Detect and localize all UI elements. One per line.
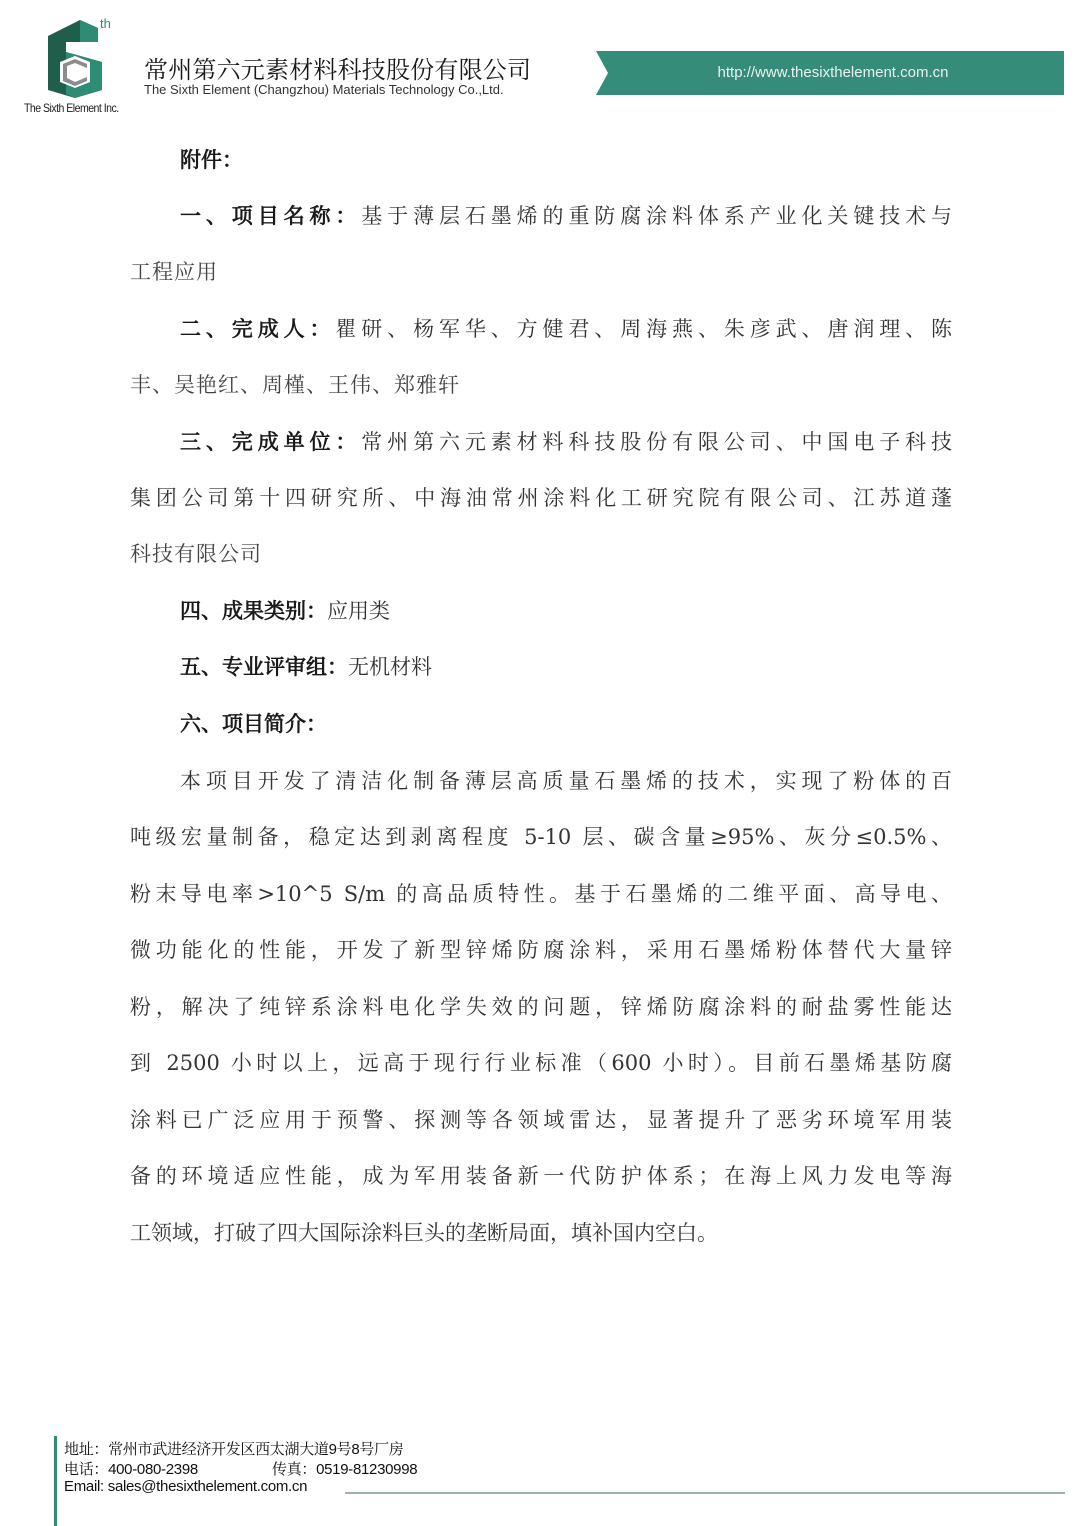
- section-review-group: 五、专业评审组：无机材料: [180, 651, 432, 683]
- company-name-cn: 常州第六元素材料科技股份有限公司: [144, 50, 531, 85]
- section-contributors: 二、完成人：瞿研、杨军华、方健君、周海燕、朱彦武、唐润理、陈: [180, 313, 952, 345]
- section-value-continued: 工程应用: [130, 256, 218, 288]
- website-banner: http://www.thesixthelement.com.cn: [596, 51, 1064, 95]
- section-value: 常州第六元素材料科技股份有限公司、中国电子科技: [361, 430, 952, 454]
- footer-divider: [345, 1492, 1065, 1494]
- letterhead-header: th The Sixth Element Inc. 常州第六元素材料科技股份有限…: [0, 0, 1080, 130]
- summary-line: 微功能化的性能，开发了新型锌烯防腐涂料，采用石墨烯粉体替代大量锌: [130, 934, 952, 966]
- section-label: 三、完成单位：: [180, 430, 361, 454]
- section-project-name: 一、项目名称：基于薄层石墨烯的重防腐涂料体系产业化关键技术与: [180, 200, 952, 232]
- summary-line: 粉末导电率>10^5 S/m 的高品质特性。基于石墨烯的二维平面、高导电、: [130, 878, 952, 910]
- footer-email[interactable]: Email: sales@thesixthelement.com.cn: [64, 1478, 307, 1495]
- section-category: 四、成果类别：应用类: [180, 595, 390, 627]
- summary-line: 涂料已广泛应用于预警、探测等各领域雷达，显著提升了恶劣环境军用装: [130, 1104, 952, 1136]
- logo-superscript: th: [100, 16, 111, 31]
- logo-caption: The Sixth Element Inc.: [24, 101, 119, 115]
- footer-accent-bar: [54, 1436, 57, 1526]
- summary-line: 工领域，打破了四大国际涂料巨头的垄断局面，填补国内空白。: [130, 1217, 718, 1249]
- website-link[interactable]: http://www.thesixthelement.com.cn: [596, 51, 1064, 95]
- summary-line: 备的环境适应性能，成为军用装备新一代防护体系；在海上风力发电等海: [130, 1160, 952, 1192]
- letterhead-footer: 地址：常州市武进经济开发区西太湖大道9号8号厂房 电话：400-080-2398…: [0, 1430, 1080, 1526]
- section-organizations: 三、完成单位：常州第六元素材料科技股份有限公司、中国电子科技: [180, 426, 952, 458]
- company-name-en: The Sixth Element (Changzhou) Materials …: [144, 82, 504, 97]
- section-value-continued: 丰、吴艳红、周槿、王伟、郑雅轩: [130, 369, 460, 401]
- section-value: 应用类: [327, 599, 390, 623]
- section-label: 四、成果类别：: [180, 599, 327, 623]
- footer-phone: 电话：400-080-2398: [64, 1458, 198, 1479]
- section-label: 二、完成人：: [180, 317, 335, 341]
- summary-line: 本项目开发了清洁化制备薄层高质量石墨烯的技术，实现了粉体的百: [180, 765, 952, 797]
- summary-line: 到 2500 小时以上，远高于现行行业标准（600 小时）。目前石墨烯基防腐: [130, 1047, 952, 1079]
- summary-line: 吨级宏量制备，稳定达到剥离程度 5-10 层、碳含量≥95%、灰分≤0.5%、: [130, 821, 952, 853]
- section-value: 瞿研、杨军华、方健君、周海燕、朱彦武、唐润理、陈: [335, 317, 952, 341]
- section-label: 五、专业评审组：: [180, 655, 348, 679]
- attachment-title: 附件：: [180, 144, 243, 176]
- section-value: 基于薄层石墨烯的重防腐涂料体系产业化关键技术与: [361, 204, 952, 228]
- section-value-continued: 集团公司第十四研究所、中海油常州涂料化工研究院有限公司、江苏道蓬: [130, 482, 952, 514]
- section-value-continued: 科技有限公司: [130, 538, 262, 570]
- footer-address: 地址：常州市武进经济开发区西太湖大道9号8号厂房: [64, 1438, 404, 1459]
- footer-fax: 传真：0519-81230998: [272, 1458, 417, 1479]
- section-value: 无机材料: [348, 655, 432, 679]
- section-summary-heading: 六、项目简介：: [180, 708, 327, 740]
- summary-line: 粉，解决了纯锌系涂料电化学失效的问题，锌烯防腐涂料的耐盐雾性能达: [130, 991, 952, 1023]
- section-label: 一、项目名称：: [180, 204, 361, 228]
